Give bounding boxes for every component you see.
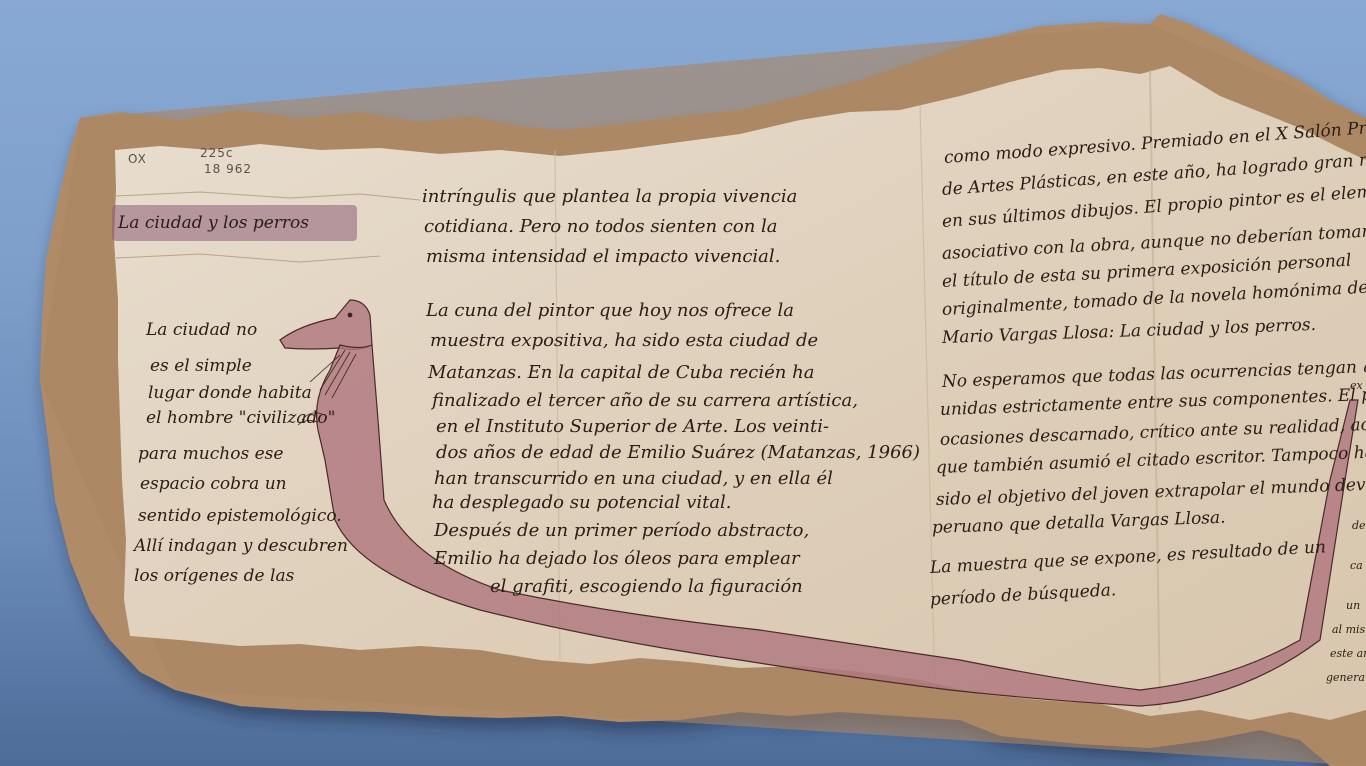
text-line: este arte (1330, 648, 1366, 659)
text-line: Matanzas. En la capital de Cuba recién h… (428, 364, 814, 382)
text-line: espacio cobra un (140, 476, 287, 493)
catalog-mark-top: 225c (200, 146, 234, 160)
text-line: La cuna del pintor que hoy nos ofrece la (426, 302, 794, 320)
text-line: generan (1326, 672, 1366, 683)
text-line: el grafiti, escogiendo la figuración (490, 578, 803, 596)
text-line: Después de un primer período abstracto, (434, 522, 809, 540)
text-line: los orígenes de las (134, 568, 294, 585)
text-line: intríngulis que plantea la propia vivenc… (422, 188, 797, 206)
text-line: ca (1350, 560, 1363, 571)
text-line: sentido epistemológico. (138, 508, 342, 525)
catalog-mark-left: OX (128, 152, 147, 166)
artwork-scene: OX 225c 18 962 La ciudad y los perros La… (0, 0, 1366, 766)
text-line: ha desplegado su potencial vital. (432, 494, 732, 512)
text-line: cotidiana. Pero no todos sienten con la (424, 218, 778, 236)
catalog-mark-bottom: 18 962 (204, 162, 252, 176)
text-line: dos años de edad de Emilio Suárez (Matan… (436, 444, 920, 462)
text-line: lugar donde habita (148, 385, 312, 402)
text-line: para muchos ese (138, 446, 283, 463)
text-line: es el simple (150, 358, 252, 375)
text-line: en el Instituto Superior de Arte. Los ve… (436, 418, 829, 436)
text-line: un (1346, 600, 1360, 611)
text-line: al mismo (1332, 624, 1366, 635)
text-line: La ciudad no (146, 322, 257, 339)
text-line: de (1352, 520, 1366, 531)
text-line: Allí indagan y descubren (134, 538, 348, 555)
text-line: ex (1350, 380, 1363, 391)
text-line: el hombre "civilizado" (146, 410, 335, 427)
text-line: muestra expositiva, ha sido esta ciudad … (430, 332, 818, 350)
text-line: finalizado el tercer año de su carrera a… (432, 392, 858, 410)
title-label: La ciudad y los perros (118, 213, 309, 233)
text-line: Emilio ha dejado los óleos para emplear (434, 550, 800, 568)
text-line: han transcurrido en una ciudad, y en ell… (434, 470, 833, 488)
text-line: misma intensidad el impacto vivencial. (426, 248, 780, 266)
